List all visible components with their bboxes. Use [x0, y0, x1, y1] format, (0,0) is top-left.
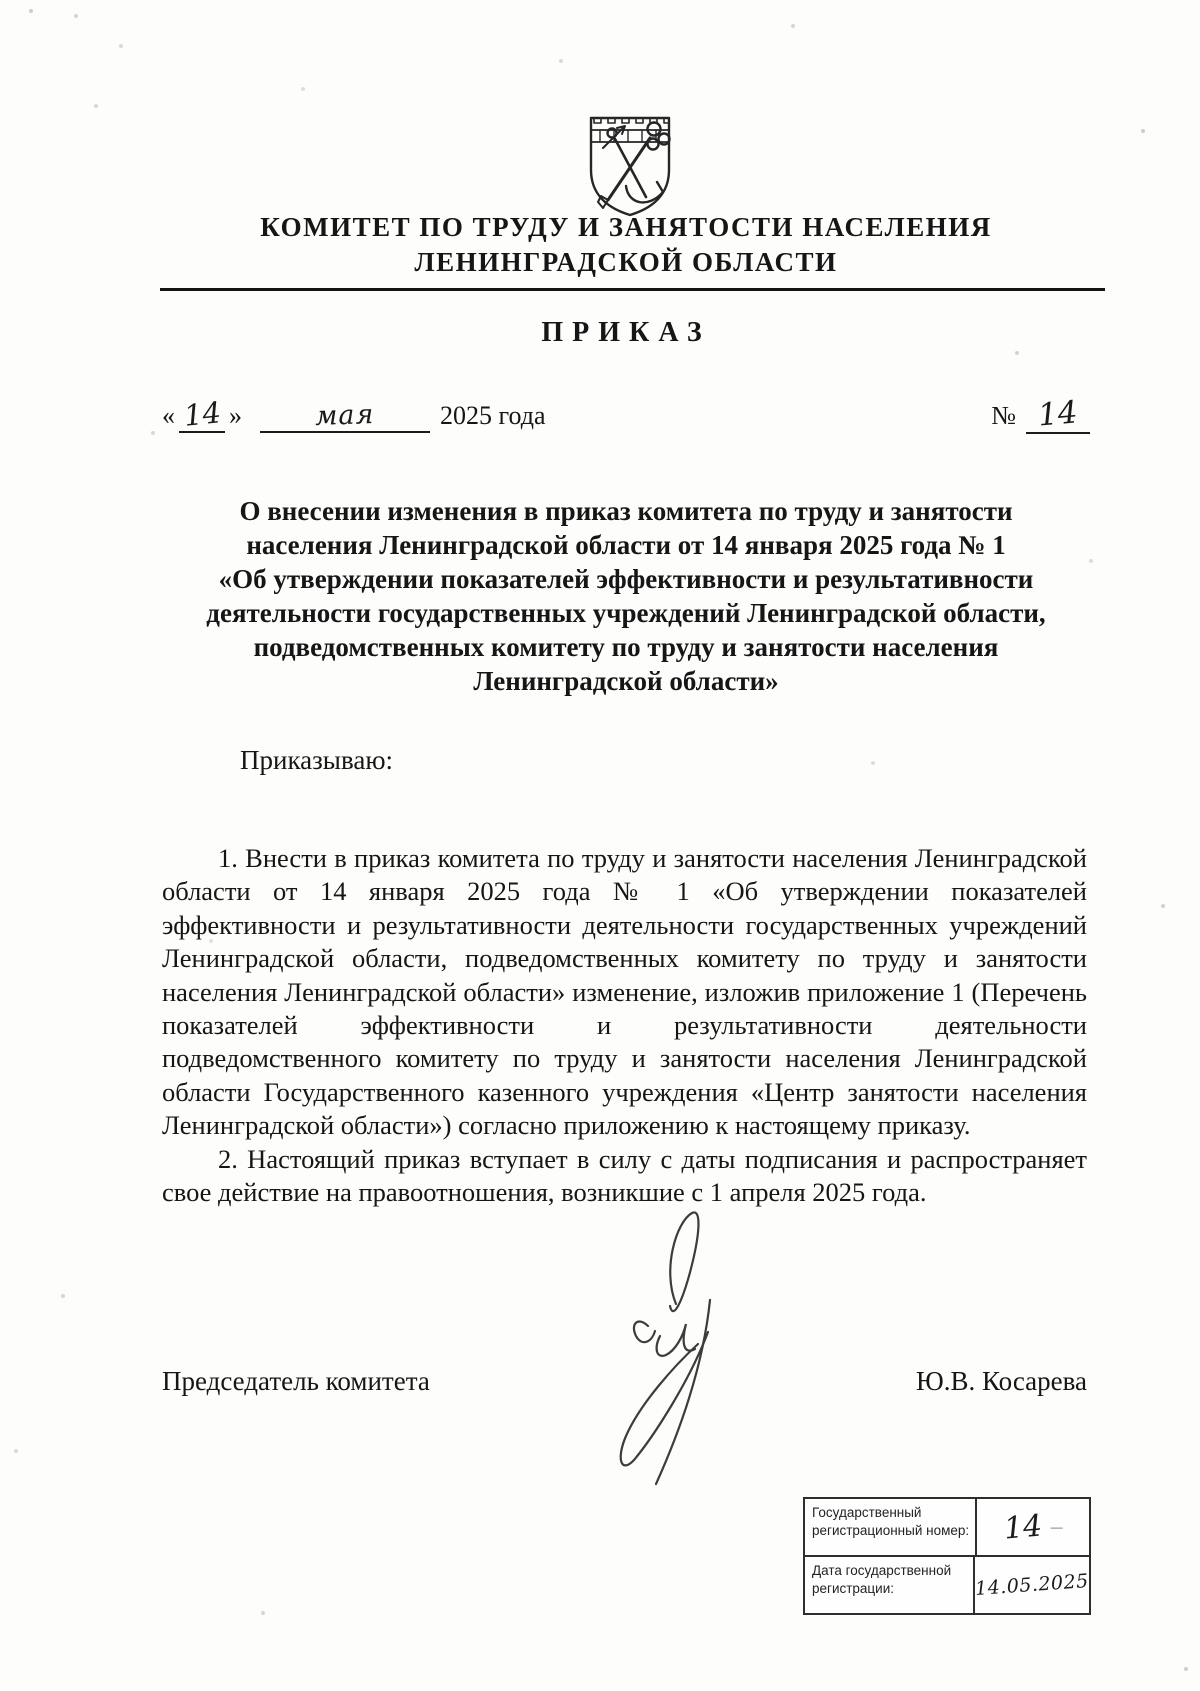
document-type-heading: ПРИКАЗ: [162, 317, 1090, 349]
stamp-row-date: Дата государственной регистрации: 14.05.…: [805, 1557, 1089, 1613]
order-body: 1. Внести в приказ комитета по труду и з…: [162, 842, 1087, 1209]
signer-name: Ю.В. Косарева: [916, 1366, 1087, 1397]
title-line: деятельности государственных учреждений …: [162, 596, 1090, 630]
title-line: О внесении изменения в приказ комитета п…: [162, 494, 1090, 528]
paragraph-1: 1. Внести в приказ комитета по труду и з…: [162, 842, 1087, 1143]
title-line: Ленинградской области»: [162, 664, 1090, 698]
scan-noise: [0, 0, 2, 2]
handwritten-month: мая: [315, 399, 375, 432]
paragraph-2: 2. Настоящий приказ вступает в силу с да…: [162, 1143, 1087, 1210]
document-page: КОМИТЕТ ПО ТРУДУ И ЗАНЯТОСТИ НАСЕЛЕНИЯ Л…: [0, 0, 1200, 1691]
reg-number-value-cell: 14 —: [977, 1499, 1089, 1555]
date-number-line: « 14 » мая 2025 года № 14: [162, 396, 1090, 434]
handwritten-reg-date: 14.05.2025: [975, 1570, 1090, 1600]
number-field: 14: [1026, 396, 1090, 434]
handwritten-day: 14: [182, 395, 222, 433]
number-sign: №: [991, 401, 1016, 431]
signature-row: Председатель комитета Ю.В. Косарева: [162, 1366, 1087, 1397]
year-text: 2025 года: [440, 401, 546, 431]
org-name-line1: КОМИТЕТ ПО ТРУДУ И ЗАНЯТОСТИ НАСЕЛЕНИЯ: [162, 212, 1090, 243]
signer-position: Председатель комитета: [162, 1366, 430, 1397]
title-line: «Об утверждении показателей эффективност…: [162, 562, 1090, 596]
coat-of-arms-icon: [584, 112, 676, 218]
close-quote: »: [229, 401, 242, 431]
number-group: № 14: [991, 396, 1090, 434]
reg-date-value-cell: 14.05.2025: [975, 1557, 1089, 1613]
handwritten-signature: [592, 1208, 752, 1488]
header-divider: [160, 288, 1105, 291]
reg-number-label: Государственный регистрационный номер:: [805, 1499, 977, 1555]
title-line: подведомственных комитету по труду и зан…: [162, 630, 1090, 664]
registration-stamp: Государственный регистрационный номер: 1…: [803, 1497, 1091, 1615]
title-line: населения Ленинградской области от 14 ян…: [162, 528, 1090, 562]
org-name-line2: ЛЕНИНГРАДСКОЙ ОБЛАСТИ: [162, 247, 1090, 278]
day-field: 14: [179, 397, 225, 433]
month-field: мая: [260, 400, 430, 433]
order-lead-in: Приказываю:: [162, 745, 1087, 776]
document-title: О внесении изменения в приказ комитета п…: [162, 494, 1090, 698]
reg-number-dash-mark: —: [1051, 1520, 1062, 1534]
handwritten-reg-number: 14: [1003, 1508, 1044, 1546]
reg-date-label: Дата государственной регистрации:: [805, 1557, 975, 1613]
open-quote: «: [162, 401, 175, 431]
handwritten-number: 14: [1037, 394, 1079, 433]
stamp-row-number: Государственный регистрационный номер: 1…: [805, 1499, 1089, 1557]
